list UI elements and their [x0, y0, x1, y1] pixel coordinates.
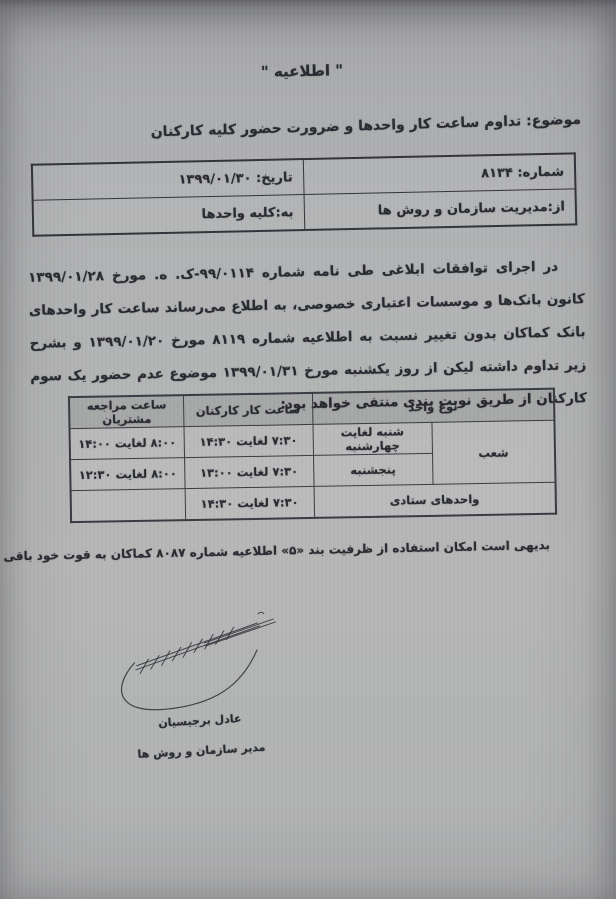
cell-customer-hours-sat-wed: ۸:۰۰ لغایت ۱۴:۰۰	[70, 427, 185, 460]
signature-scribble-icon	[106, 606, 286, 716]
doc-to: به:کلیه واحدها	[33, 195, 305, 236]
cell-staff-hours-sat-wed: ۷:۳۰ لغایت ۱۴:۳۰	[184, 424, 313, 457]
document-title: " اطلاعیه "	[0, 56, 610, 87]
doc-number: شماره: ۸۱۳۴	[303, 153, 576, 194]
header-meta-table: شماره: ۸۱۳۴ تاریخ: ۱۳۹۹/۰۱/۳۰ از:مدیریت …	[31, 152, 577, 236]
document-body: " اطلاعیه " موضوع: تداوم ساعت کار واحدها…	[0, 0, 616, 899]
cell-staff-hours-thursday: ۷:۳۰ لغایت ۱۳:۰۰	[185, 455, 314, 488]
cell-unit-group-branches: شعب	[432, 420, 556, 484]
cell-staff-hours-staff-units: ۷:۳۰ لغایت ۱۴:۳۰	[185, 486, 314, 520]
signatory-role: مدیر سازمان و روش ها	[106, 739, 296, 763]
cell-unit-staff-units: واحدهای ستادی	[314, 482, 556, 518]
cell-days-sat-wed: شنبه لغایت چهارشنبه	[312, 422, 432, 455]
scanned-notice-page: { "doc": { "title": "\" اطلاعیه \"", "su…	[0, 0, 616, 899]
closing-line: بدیهی است امکان استفاده از ظرفیت بند «۵»…	[0, 538, 550, 564]
cell-days-thursday: پنجشنبه	[313, 453, 433, 486]
cell-customer-hours-staff-units	[71, 489, 186, 522]
subject-line: موضوع: تداوم ساعت کار واحدها و ضرورت حضو…	[5, 112, 581, 145]
schedule-table: نوع واحد ساعت کار کارکنان ساعت مراجعه مش…	[68, 388, 557, 523]
doc-date: تاریخ: ۱۳۹۹/۰۱/۳۰	[32, 159, 304, 200]
cell-customer-hours-thursday: ۸:۰۰ لغایت ۱۲:۳۰	[70, 458, 185, 491]
col-unit-type: نوع واحد	[312, 389, 554, 425]
signature-block: عادل برجیسیان مدیر سازمان و روش ها	[99, 605, 297, 762]
col-staff-hours: ساعت کار کارکنان	[183, 393, 312, 427]
col-customer-hours: ساعت مراجعه مشتریان	[69, 395, 184, 428]
doc-from: از:مدیریت سازمان و روش ها	[304, 189, 577, 230]
